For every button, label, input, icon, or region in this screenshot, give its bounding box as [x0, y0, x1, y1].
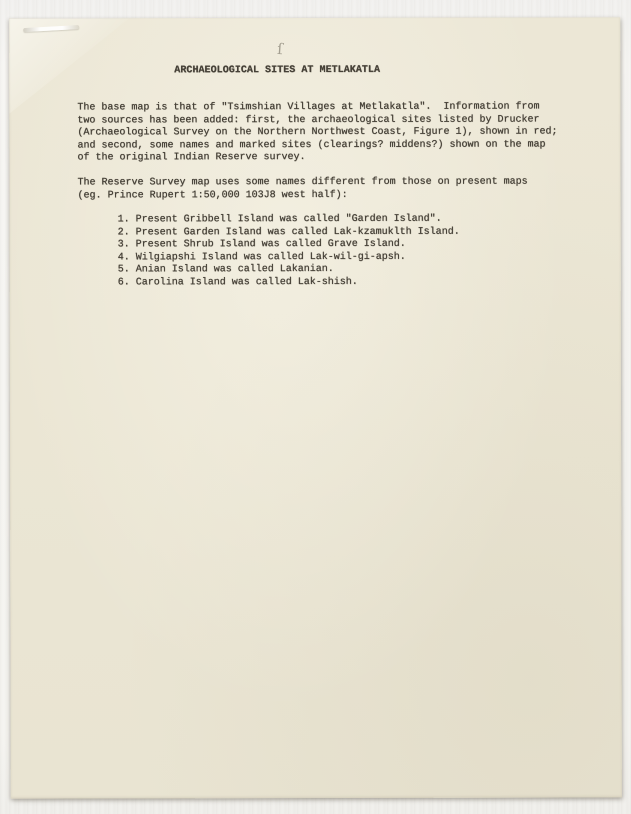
list-item: 6. Carolina Island was called Lak-shish.	[118, 276, 538, 289]
document-title: ARCHAEOLOGICAL SITES AT METLAKATLA	[174, 65, 380, 76]
document-page: ſ ARCHAEOLOGICAL SITES AT METLAKATLA The…	[9, 17, 622, 798]
island-name-list: 1. Present Gribbell Island was called "G…	[118, 214, 538, 290]
list-item: 4. Wilgiapshi Island was called Lak-wil-…	[118, 251, 538, 264]
list-item: 1. Present Gribbell Island was called "G…	[118, 214, 538, 227]
list-item: 2. Present Garden Island was called Lak-…	[118, 226, 538, 239]
reserve-survey-paragraph: The Reserve Survey map uses some names d…	[78, 176, 588, 202]
page-corner-fold	[9, 18, 129, 113]
pencil-annotation: ſ	[277, 40, 284, 58]
list-item: 3. Present Shrub Island was called Grave…	[118, 239, 538, 252]
intro-paragraph: The base map is that of "Tsimshian Villa…	[77, 101, 587, 165]
list-item: 5. Anian Island was called Lakanian.	[118, 264, 538, 277]
scan-background: ſ ARCHAEOLOGICAL SITES AT METLAKATLA The…	[0, 0, 631, 814]
